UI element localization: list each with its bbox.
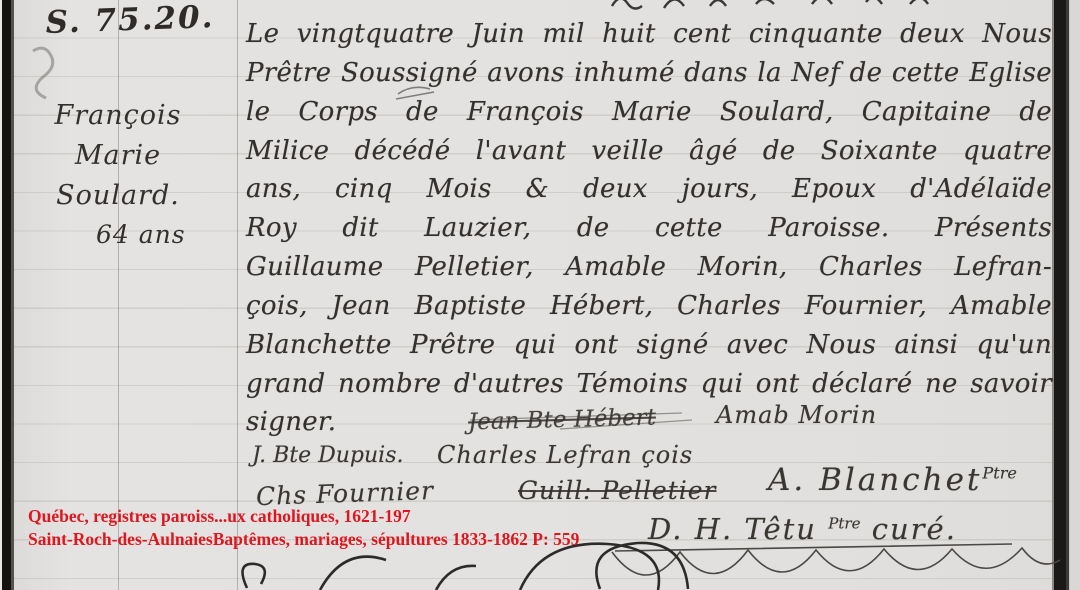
signature-guill-pelletier: Guill: Pelletier: [518, 476, 717, 505]
signature-amable-morin: Amab Morin: [716, 401, 877, 429]
signature-a-blanchet-ptre: A. BlanchetPtre: [768, 462, 1017, 498]
adjacent-page-strip: [1069, 0, 1080, 590]
signature-jean-bte-hebert: Jean Bte Hébert: [468, 405, 657, 436]
entry-number: S. 75.20.: [25, 0, 234, 42]
signature-blanchet-name: A. Blanchet: [768, 462, 982, 498]
record-line-4: Milice décédé l'avant veille âgé de Soix…: [246, 131, 1052, 171]
catalog-overlay: Québec, registres paroiss...ux catholiqu…: [28, 505, 579, 551]
overlay-collection-title: Québec, registres paroiss...ux catholiqu…: [28, 505, 579, 528]
signature-tetu-name: D. H. Têtu: [648, 512, 817, 546]
record-line-1: Le vingtquatre Juin mil huit cent cinqua…: [246, 14, 1052, 54]
record-line-10: grand nombre d'autres Témoins qui ont dé…: [246, 364, 1052, 404]
signature-blanchet-title: Ptre: [982, 464, 1017, 483]
deceased-middle-name: Marie: [12, 140, 224, 171]
deceased-first-name: François: [12, 100, 224, 131]
signature-charles-lefrancois: Charles Lefran çois: [437, 441, 693, 469]
binding-gutter: [1052, 0, 1069, 590]
record-line-5: ans, cinq Mois & deux jours, Epoux d'Adé…: [246, 169, 1052, 209]
signature-tetu-title: Ptre: [828, 514, 860, 532]
deceased-age: 64 ans: [96, 220, 246, 249]
page-left-edge: [0, 0, 14, 590]
deceased-surname: Soulard.: [12, 180, 224, 211]
signature-dh-tetu-cure: D. H. Têtu Ptre curé.: [648, 512, 957, 546]
margin-rule-line-2: [237, 0, 238, 590]
margin-rule-line-1: [118, 0, 119, 590]
signature-jbte-dupuis: J. Bte Dupuis.: [252, 443, 404, 468]
record-line-3: le Corps de François Marie Soulard, Capi…: [246, 92, 1052, 132]
scanned-parish-register-page: S. 75.20. François Marie Soulard. 64 ans…: [0, 0, 1080, 590]
record-line-8: çois, Jean Baptiste Hébert, Charles Four…: [246, 286, 1052, 326]
record-line-2: Prêtre Soussigné avons inhumé dans la Ne…: [246, 53, 1052, 93]
signature-tetu-suffix: curé.: [872, 512, 957, 546]
overlay-parish-title: Saint-Roch-des-AulnaiesBaptêmes, mariage…: [28, 528, 579, 551]
record-line-9: Blanchette Prêtre qui ont signé avec Nou…: [246, 325, 1052, 365]
record-line-6: Roy dit Lauzier, de cette Paroisse. Prés…: [246, 208, 1052, 248]
record-line-7: Guillaume Pelletier, Amable Morin, Charl…: [246, 247, 1052, 287]
